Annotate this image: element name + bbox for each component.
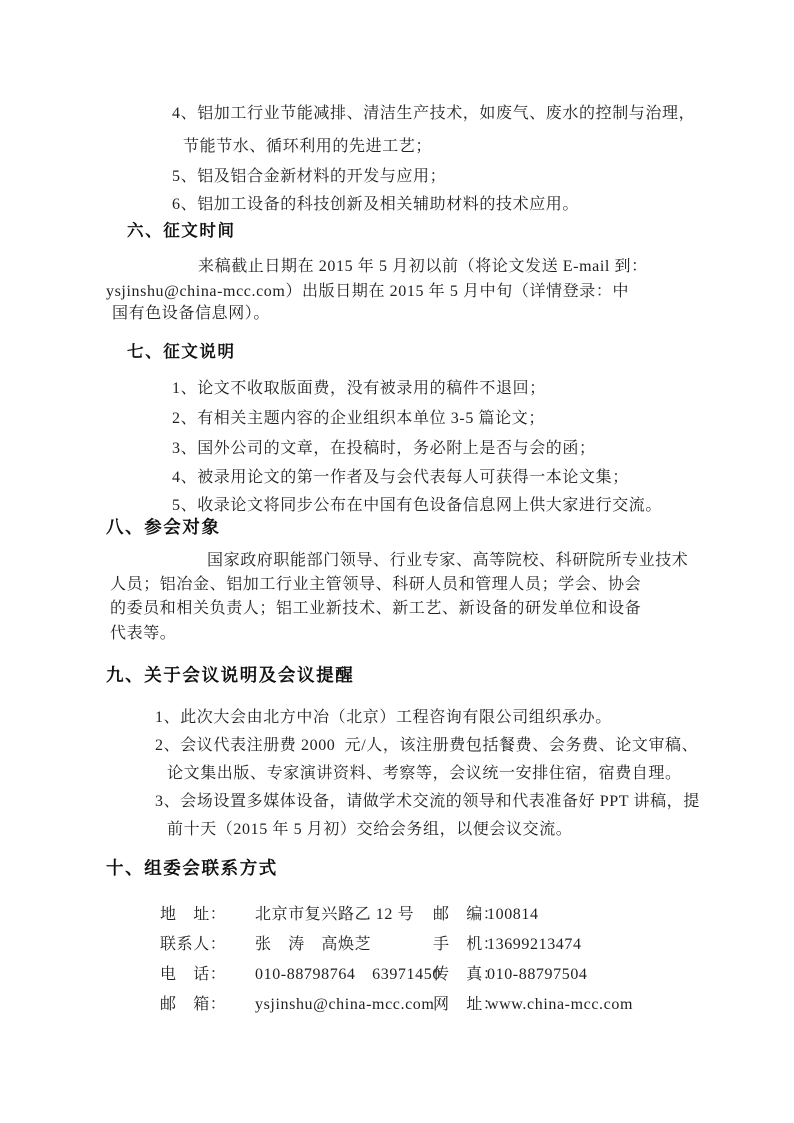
section-seven-item-5: 5、收录论文将同步公布在中国有色设备信息网上供大家进行交流。 [172,496,662,516]
contact-mobile-value: 13699213474 [487,935,582,955]
contact-postcode-value: 100814 [487,905,539,925]
section-ten-heading: 十、组委会联系方式 [106,858,278,878]
section-nine-item-1: 1、此次大会由北方中冶（北京）工程咨询有限公司组织承办。 [155,708,612,728]
contact-email-label: 邮 箱： [160,995,226,1015]
contact-person-label: 联系人： [160,935,226,955]
section-eight-line-2: 人员；铝冶金、铝加工行业主管领导、科研人员和管理人员；学会、协会 [110,575,641,595]
section-eight-heading: 八、参会对象 [106,517,221,537]
contact-phone-label: 电 话： [160,965,226,985]
section-six-line-3: 国有色设备信息网）。 [112,304,270,324]
section-nine-item-2-line-2: 论文集出版、专家演讲资料、考察等，会议统一安排住宿，宿费自理。 [167,764,682,784]
section-eight-line-3: 的委员和相关负责人；铝工业新技术、新工艺、新设备的研发单位和设备 [110,599,641,619]
section-seven-item-4: 4、被录用论文的第一作者及与会代表每人可获得一本论文集； [172,468,629,488]
section-nine-item-3-line-2: 前十天（2015 年 5 月初）交给会务组，以便会议交流。 [167,820,572,840]
section-eight-line-4: 代表等。 [110,624,176,644]
contact-address-value: 北京市复兴路乙 12 号 [255,905,414,925]
contact-fax-value: 010-88797504 [487,965,588,985]
section-seven-item-2: 2、有相关主题内容的企业组织本单位 3-5 篇论文； [172,409,545,429]
document-page: 4、铝加工行业节能减排、清洁生产技术，如废气、废水的控制与治理， 节能节水、循环… [0,0,794,1123]
topic-item-5: 5、铝及铝合金新材料的开发与应用； [172,167,446,187]
section-nine-item-2-line-1: 2、会议代表注册费 2000 元/人，该注册费包括餐费、会务费、论文审稿、 [155,736,698,756]
section-six-line-2: ysjinshu@china-mcc.com）出版日期在 2015 年 5 月中… [106,282,629,302]
topic-item-4-line-1: 4、铝加工行业节能减排、清洁生产技术，如废气、废水的控制与治理， [172,104,695,124]
section-nine-heading: 九、关于会议说明及会议提醒 [106,665,354,685]
section-seven-item-1: 1、论文不收取版面费，没有被录用的稿件不退回； [172,379,546,399]
contact-address-label: 地 址： [160,905,226,925]
topic-item-4-line-2: 节能节水、循环利用的先进工艺； [183,137,432,157]
contact-email-value: ysjinshu@china-mcc.com [255,995,434,1015]
section-nine-item-3-line-1: 3、会场设置多媒体设备，请做学术交流的领导和代表准备好 PPT 讲稿，提 [155,792,700,812]
section-six-heading: 六、征文时间 [127,221,236,241]
section-eight-line-1: 国家政府职能部门领导、行业专家、高等院校、科研院所专业技术 [207,551,688,571]
topic-item-6: 6、铝加工设备的科技创新及相关辅助材料的技术应用。 [172,195,579,215]
contact-person-value: 张 涛 高焕芝 [255,935,371,955]
section-seven-heading: 七、征文说明 [127,342,236,362]
section-six-line-1: 来稿截止日期在 2015 年 5 月初以前（将论文发送 E-mail 到： [198,257,648,277]
section-seven-item-3: 3、国外公司的文章，在投稿时，务必附上是否与会的函； [172,439,596,459]
contact-phone-value: 010-88798764 63971450 [255,965,441,985]
contact-website-value: www.china-mcc.com [487,995,633,1015]
